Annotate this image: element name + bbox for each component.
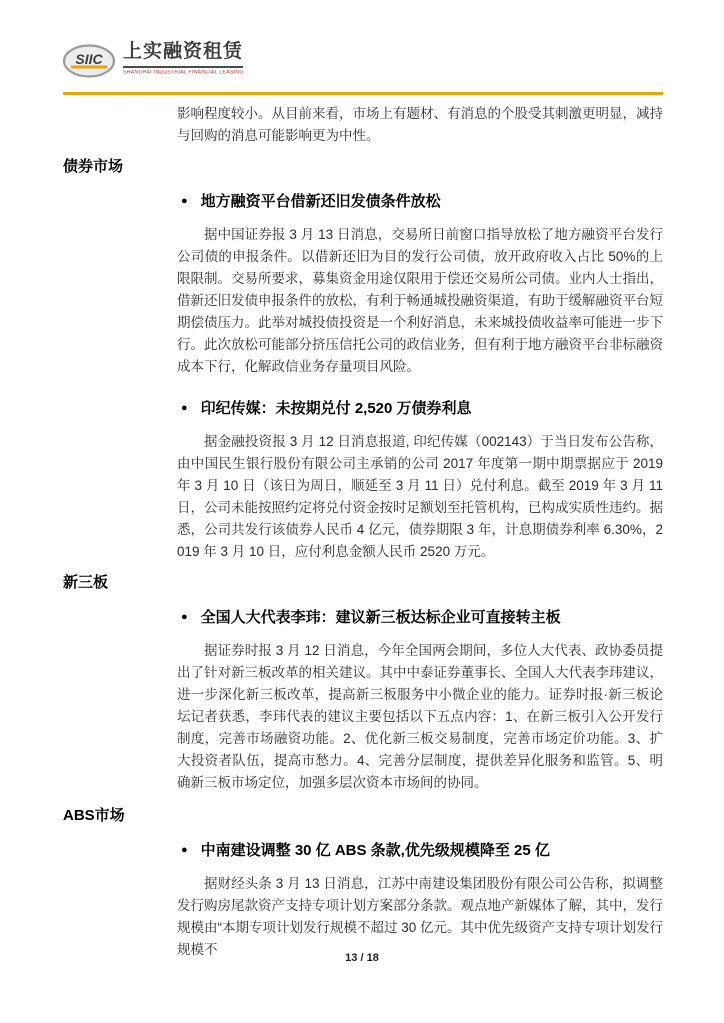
section-title-neeq: 新三板 (63, 573, 663, 593)
document-page: SIIC 上实融资租赁 SHANGHAI INDUSTRIAL FINANCIA… (0, 0, 724, 1023)
news-body: 据金融投资报 3 月 12 日消息报道, 印纪传媒（002143）于当日发布公告… (177, 431, 663, 563)
news-item: ● 中南建设调整 30 亿 ABS 条款,优先级规模降至 25 亿 (181, 840, 663, 861)
news-headline: 地方融资平台借新还旧发债条件放松 (201, 191, 441, 212)
news-headline: 印纪传媒：未按期兑付 2,520 万债券利息 (201, 398, 472, 419)
siic-logo-text: SIIC (75, 51, 103, 67)
section-title-abs-market: ABS市场 (63, 806, 663, 826)
siic-logo-icon: SIIC (63, 44, 115, 78)
news-item: ● 全国人大代表李玮：建议新三板达标企业可直接转主板 (181, 607, 663, 628)
bullet-icon: ● (181, 840, 188, 861)
news-headline: 全国人大代表李玮：建议新三板达标企业可直接转主板 (201, 607, 561, 628)
page-number: 13 / 18 (345, 952, 379, 964)
news-item: ● 印纪传媒：未按期兑付 2,520 万债券利息 (181, 398, 663, 419)
page-content: 影响程度较小。从目前来看，市场上有题材、有消息的个股受其刺激更明显，减持与回购的… (63, 103, 663, 961)
intro-paragraph: 影响程度较小。从目前来看，市场上有题材、有消息的个股受其刺激更明显，减持与回购的… (177, 103, 663, 147)
news-headline: 中南建设调整 30 亿 ABS 条款,优先级规模降至 25 亿 (201, 840, 550, 861)
bullet-icon: ● (181, 607, 188, 628)
section-title-bond-market: 债券市场 (63, 157, 663, 177)
page-footer: 13 / 18 (0, 948, 724, 966)
company-name-zh: 上实融资租赁 (123, 40, 243, 68)
company-logo: SIIC 上实融资租赁 SHANGHAI INDUSTRIAL FINANCIA… (63, 40, 663, 90)
news-item: ● 地方融资平台借新还旧发债条件放松 (181, 191, 663, 212)
news-body: 据中国证券报 3 月 13 日消息，交易所日前窗口指导放松了地方融资平台发行公司… (177, 224, 663, 378)
header-separator-line (63, 92, 663, 95)
page-header: SIIC 上实融资租赁 SHANGHAI INDUSTRIAL FINANCIA… (63, 40, 663, 95)
company-name-en: SHANGHAI INDUSTRIAL FINANCIAL LEASING (123, 70, 244, 75)
bullet-icon: ● (181, 191, 188, 212)
bullet-icon: ● (181, 398, 188, 419)
news-body: 据证券时报 3 月 12 日消息，今年全国两会期间，多位人大代表、政协委员提出了… (177, 640, 663, 794)
